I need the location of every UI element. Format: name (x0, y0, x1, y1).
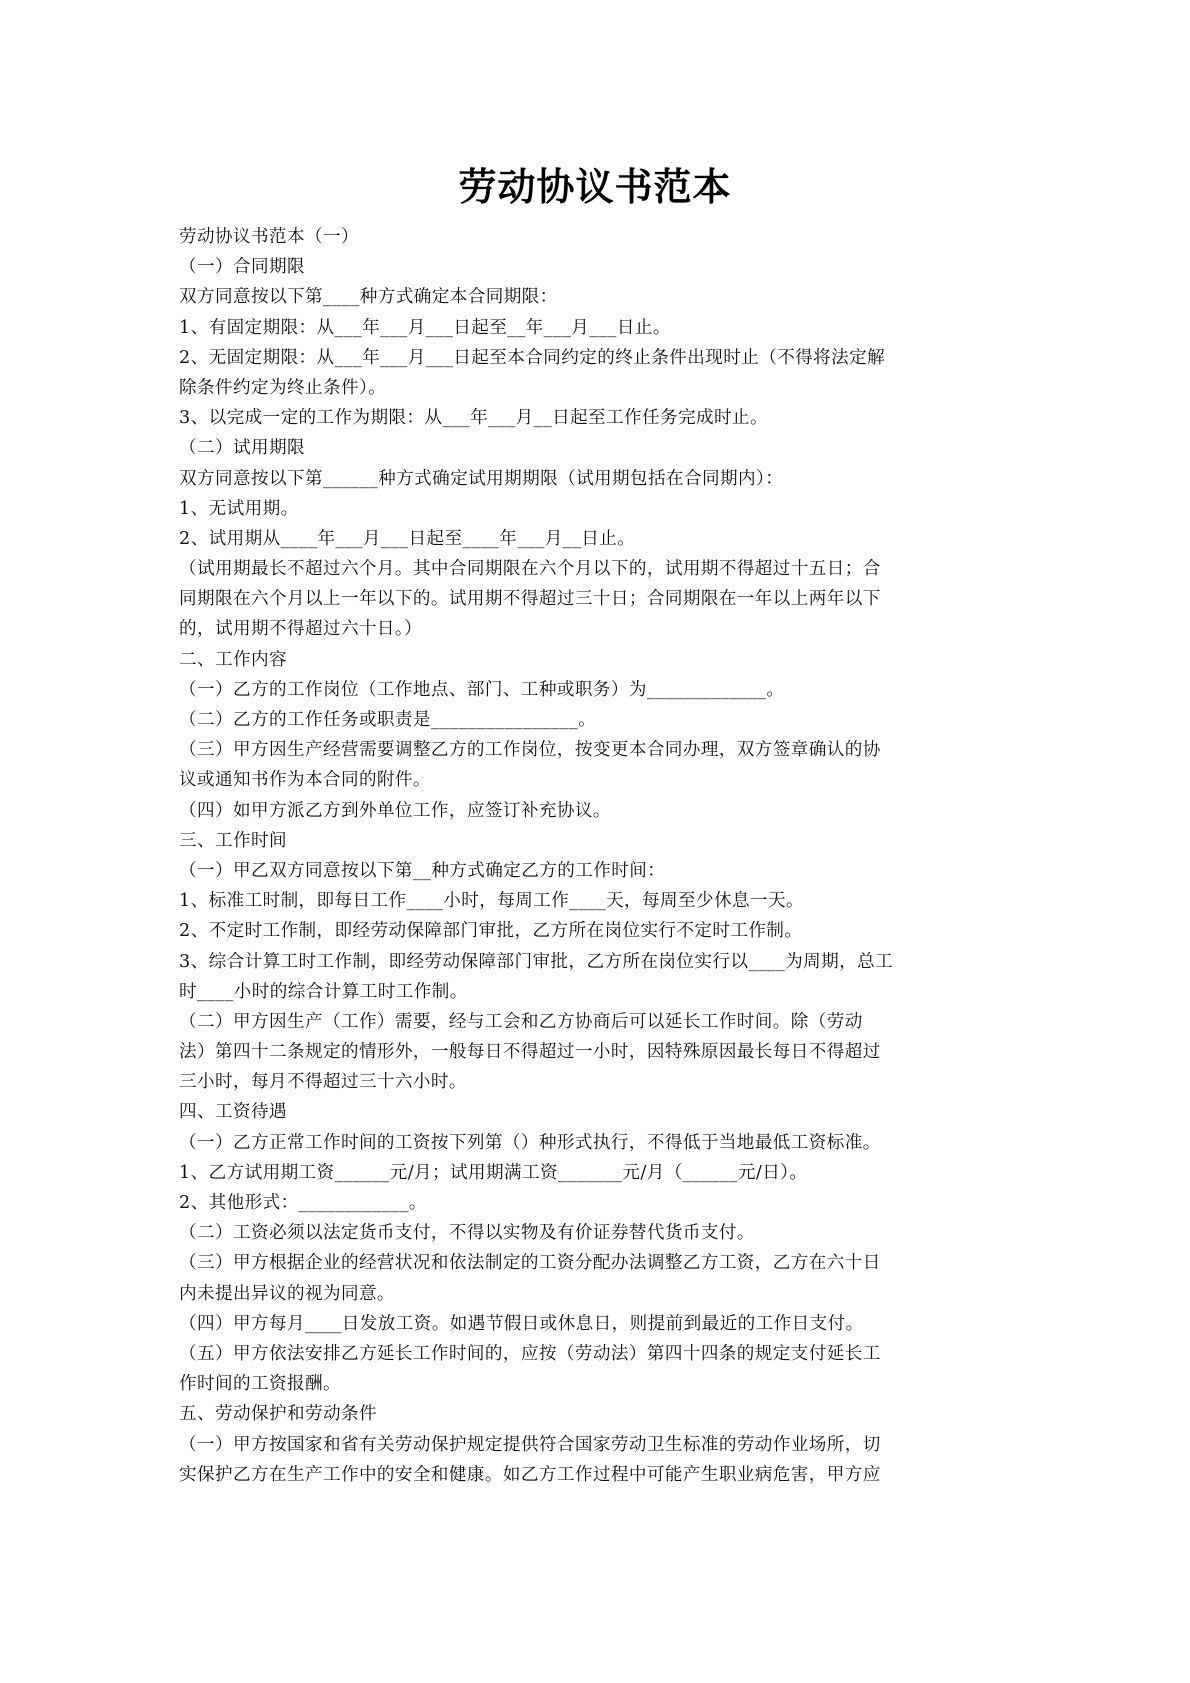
section-heading: 三、工作时间 (179, 826, 1019, 856)
paragraph-line: 3、以完成一定的工作为期限：从___年___月__日起至工作任务完成时止。 (179, 403, 1019, 433)
paragraph-line: 2、其他形式：____________。 (179, 1188, 1019, 1218)
paragraph-line: 2、不定时工作制，即经劳动保障部门审批，乙方所在岗位实行不定时工作制。 (179, 916, 1019, 946)
paragraph-line: 作时间的工资报酬。 (179, 1369, 1019, 1399)
document-title: 劳动协议书范本 (0, 162, 1190, 212)
paragraph-line: （四）甲方每月____日发放工资。如遇节假日或休息日，则提前到最近的工作日支付。 (179, 1309, 1019, 1339)
paragraph-line: 3、综合计算工时工作制，即经劳动保障部门审批，乙方所在岗位实行以____为周期，… (179, 947, 1019, 977)
paragraph-line: 双方同意按以下第______种方式确定试用期期限（试用期包括在合同期内）： (179, 464, 1019, 494)
paragraph-line: 内未提出异议的视为同意。 (179, 1279, 1019, 1309)
paragraph-line: （二）工资必须以法定货币支付，不得以实物及有价证券替代货币支付。 (179, 1218, 1019, 1248)
section-heading: 二、工作内容 (179, 645, 1019, 675)
paragraph-line: 时____小时的综合计算工时工作制。 (179, 977, 1019, 1007)
paragraph-line: （一）甲乙双方同意按以下第__种方式确定乙方的工作时间： (179, 856, 1019, 886)
paragraph-line: （一）乙方的工作岗位（工作地点、部门、工种或职务）为_____________。 (179, 675, 1019, 705)
paragraph-line: 1、有固定期限：从___年___月___日起至__年___月___日止。 (179, 313, 1019, 343)
paragraph-line: （一）乙方正常工作时间的工资按下列第（）种形式执行，不得低于当地最低工资标准。 (179, 1128, 1019, 1158)
section-heading: （一）合同期限 (179, 252, 1019, 282)
paragraph-line: （四）如甲方派乙方到外单位工作，应签订补充协议。 (179, 796, 1019, 826)
paragraph-line: （一）甲方按国家和省有关劳动保护规定提供符合国家劳动卫生标准的劳动作业场所，切 (179, 1430, 1019, 1460)
paragraph-line: 2、无固定期限：从___年___月___日起至本合同约定的终止条件出现时止（不得… (179, 343, 1019, 373)
document-page: 劳动协议书范本 劳动协议书范本（一） （一）合同期限 双方同意按以下第____种… (0, 0, 1190, 1683)
paragraph-line: （三）甲方因生产经营需要调整乙方的工作岗位，按变更本合同办理，双方签章确认的协 (179, 735, 1019, 765)
paragraph-line: 除条件约定为终止条件）。 (179, 373, 1019, 403)
paragraph-line: 实保护乙方在生产工作中的安全和健康。如乙方工作过程中可能产生职业病危害，甲方应 (179, 1460, 1019, 1490)
paragraph-line: 双方同意按以下第____种方式确定本合同期限： (179, 282, 1019, 312)
paragraph-line: 的，试用期不得超过六十日。） (179, 614, 1019, 644)
paragraph-line: （二）甲方因生产（工作）需要，经与工会和乙方协商后可以延长工作时间。除（劳动 (179, 1007, 1019, 1037)
paragraph-line: （五）甲方依法安排乙方延长工作时间的，应按（劳动法）第四十四条的规定支付延长工 (179, 1339, 1019, 1369)
paragraph-line: 1、乙方试用期工资______元/月；试用期满工资_______元/月（____… (179, 1158, 1019, 1188)
paragraph-line: 1、标准工时制，即每日工作____小时，每周工作____天，每周至少休息一天。 (179, 886, 1019, 916)
paragraph-line: （试用期最长不超过六个月。其中合同期限在六个月以下的，试用期不得超过十五日；合 (179, 554, 1019, 584)
subtitle: 劳动协议书范本（一） (179, 222, 1019, 252)
paragraph-line: 法）第四十二条规定的情形外，一般每日不得超过一小时，因特殊原因最长每日不得超过 (179, 1037, 1019, 1067)
paragraph-line: 2、试用期从____年___月___日起至____年___月__日止。 (179, 524, 1019, 554)
paragraph-line: （三）甲方根据企业的经营状况和依法制定的工资分配办法调整乙方工资，乙方在六十日 (179, 1248, 1019, 1278)
paragraph-line: 1、无试用期。 (179, 494, 1019, 524)
section-heading: 四、工资待遇 (179, 1097, 1019, 1127)
section-heading: 五、劳动保护和劳动条件 (179, 1399, 1019, 1429)
paragraph-line: 同期限在六个月以上一年以下的。试用期不得超过三十日；合同期限在一年以上两年以下 (179, 584, 1019, 614)
paragraph-line: （二）乙方的工作任务或职责是________________。 (179, 705, 1019, 735)
document-body: 劳动协议书范本（一） （一）合同期限 双方同意按以下第____种方式确定本合同期… (179, 222, 1019, 1490)
paragraph-line: 议或通知书作为本合同的附件。 (179, 765, 1019, 795)
section-heading: （二）试用期限 (179, 433, 1019, 463)
paragraph-line: 三小时，每月不得超过三十六小时。 (179, 1067, 1019, 1097)
